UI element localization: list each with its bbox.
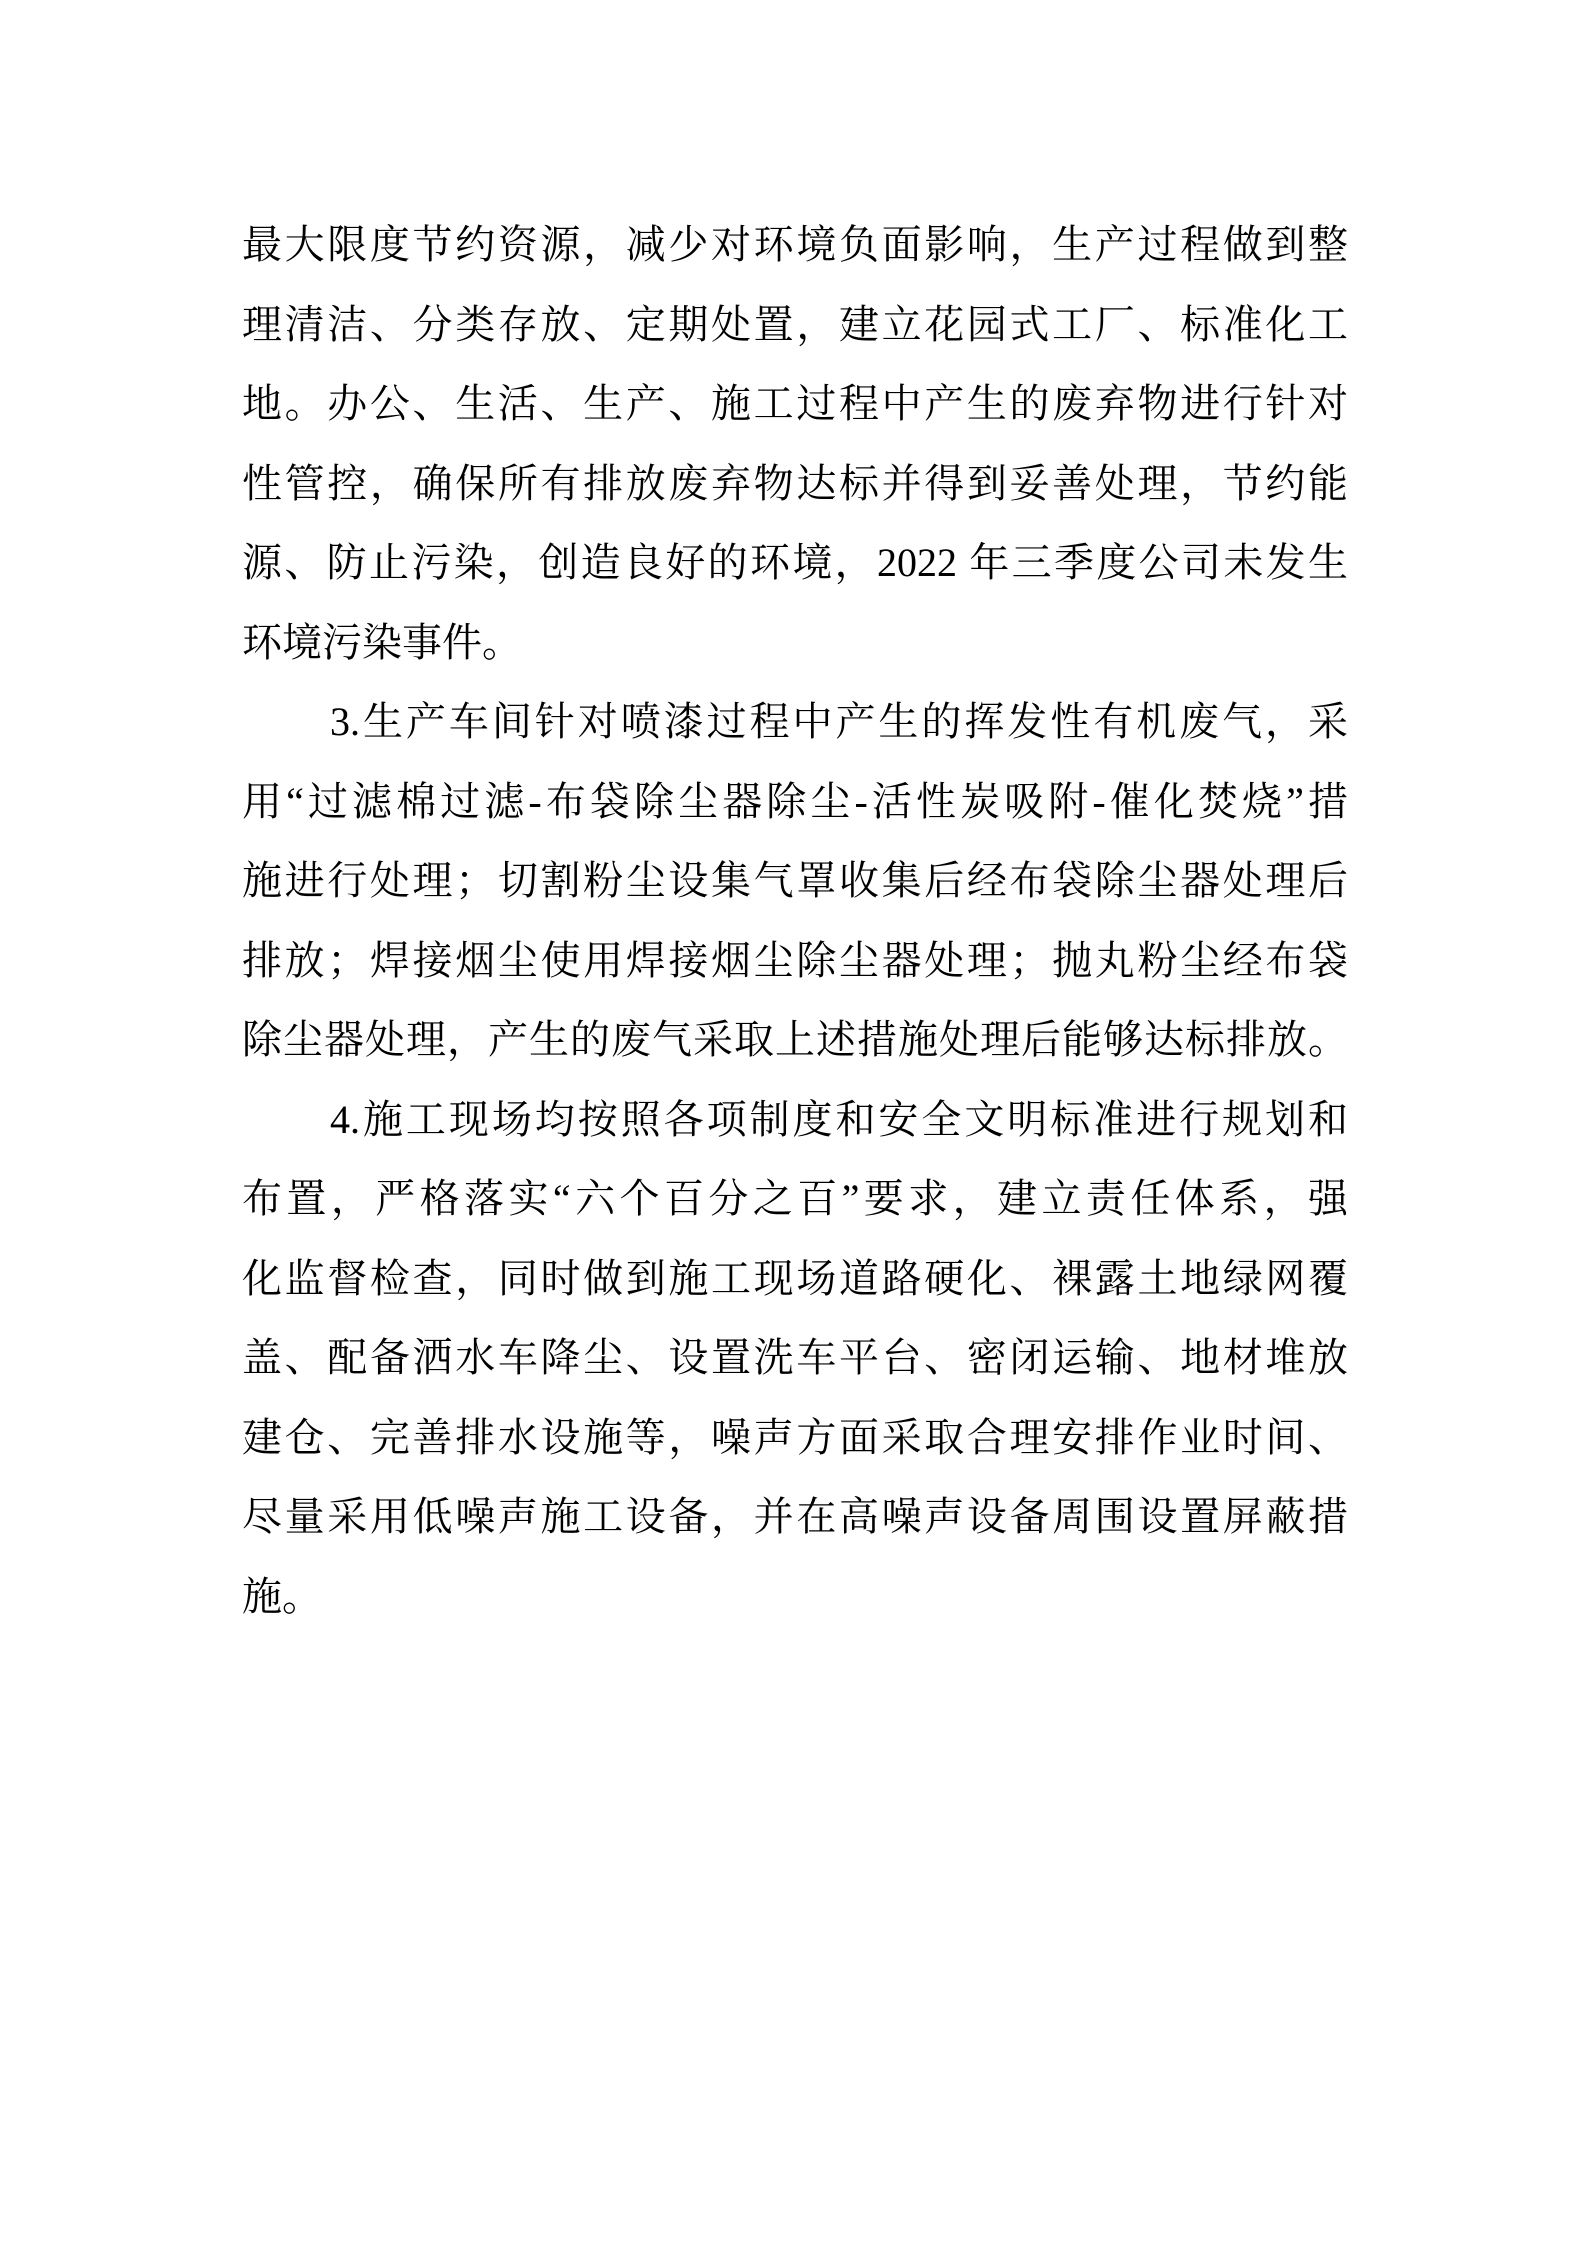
text-line: 地。办公、生活、生产、施工过程中产生的废弃物进行针对 (242, 364, 1348, 444)
text-line: 施。 (242, 1557, 1348, 1637)
text-line: 源、防止污染，创造良好的环境，2022 年三季度公司未发生 (242, 523, 1348, 603)
text-line: 布置，严格落实“六个百分之百”要求，建立责任体系，强 (242, 1159, 1348, 1239)
text-line: 盖、配备洒水车降尘、设置洗车平台、密闭运输、地材堆放 (242, 1318, 1348, 1398)
text-line: 尽量采用低噪声施工设备，并在高噪声设备周围设置屏蔽措 (242, 1477, 1348, 1557)
document-page: 最大限度节约资源，减少对环境负面影响，生产过程做到整理清洁、分类存放、定期处置，… (0, 0, 1587, 2245)
text-line: 化监督检查，同时做到施工现场道路硬化、裸露土地绿网覆 (242, 1239, 1348, 1319)
text-line: 排放；焊接烟尘使用焊接烟尘除尘器处理；抛丸粉尘经布袋 (242, 921, 1348, 1001)
paragraph: 3.生产车间针对喷漆过程中产生的挥发性有机废气，采用“过滤棉过滤-布袋除尘器除尘… (242, 682, 1348, 1080)
text-line: 4.施工现场均按照各项制度和安全文明标准进行规划和 (242, 1080, 1348, 1160)
document-body: 最大限度节约资源，减少对环境负面影响，生产过程做到整理清洁、分类存放、定期处置，… (242, 205, 1348, 1636)
text-line: 施进行处理；切割粉尘设集气罩收集后经布袋除尘器处理后 (242, 841, 1348, 921)
text-line: 理清洁、分类存放、定期处置，建立花园式工厂、标准化工 (242, 285, 1348, 365)
text-line: 3.生产车间针对喷漆过程中产生的挥发性有机废气，采 (242, 682, 1348, 762)
text-line: 除尘器处理，产生的废气采取上述措施处理后能够达标排放。 (242, 1000, 1348, 1080)
text-line: 建仓、完善排水设施等，噪声方面采取合理安排作业时间、 (242, 1398, 1348, 1478)
paragraph: 4.施工现场均按照各项制度和安全文明标准进行规划和布置，严格落实“六个百分之百”… (242, 1080, 1348, 1637)
text-line: 性管控，确保所有排放废弃物达标并得到妥善处理，节约能 (242, 444, 1348, 524)
text-line: 最大限度节约资源，减少对环境负面影响，生产过程做到整 (242, 205, 1348, 285)
paragraph: 最大限度节约资源，减少对环境负面影响，生产过程做到整理清洁、分类存放、定期处置，… (242, 205, 1348, 682)
text-line: 用“过滤棉过滤-布袋除尘器除尘-活性炭吸附-催化焚烧”措 (242, 762, 1348, 842)
text-line: 环境污染事件。 (242, 603, 1348, 683)
